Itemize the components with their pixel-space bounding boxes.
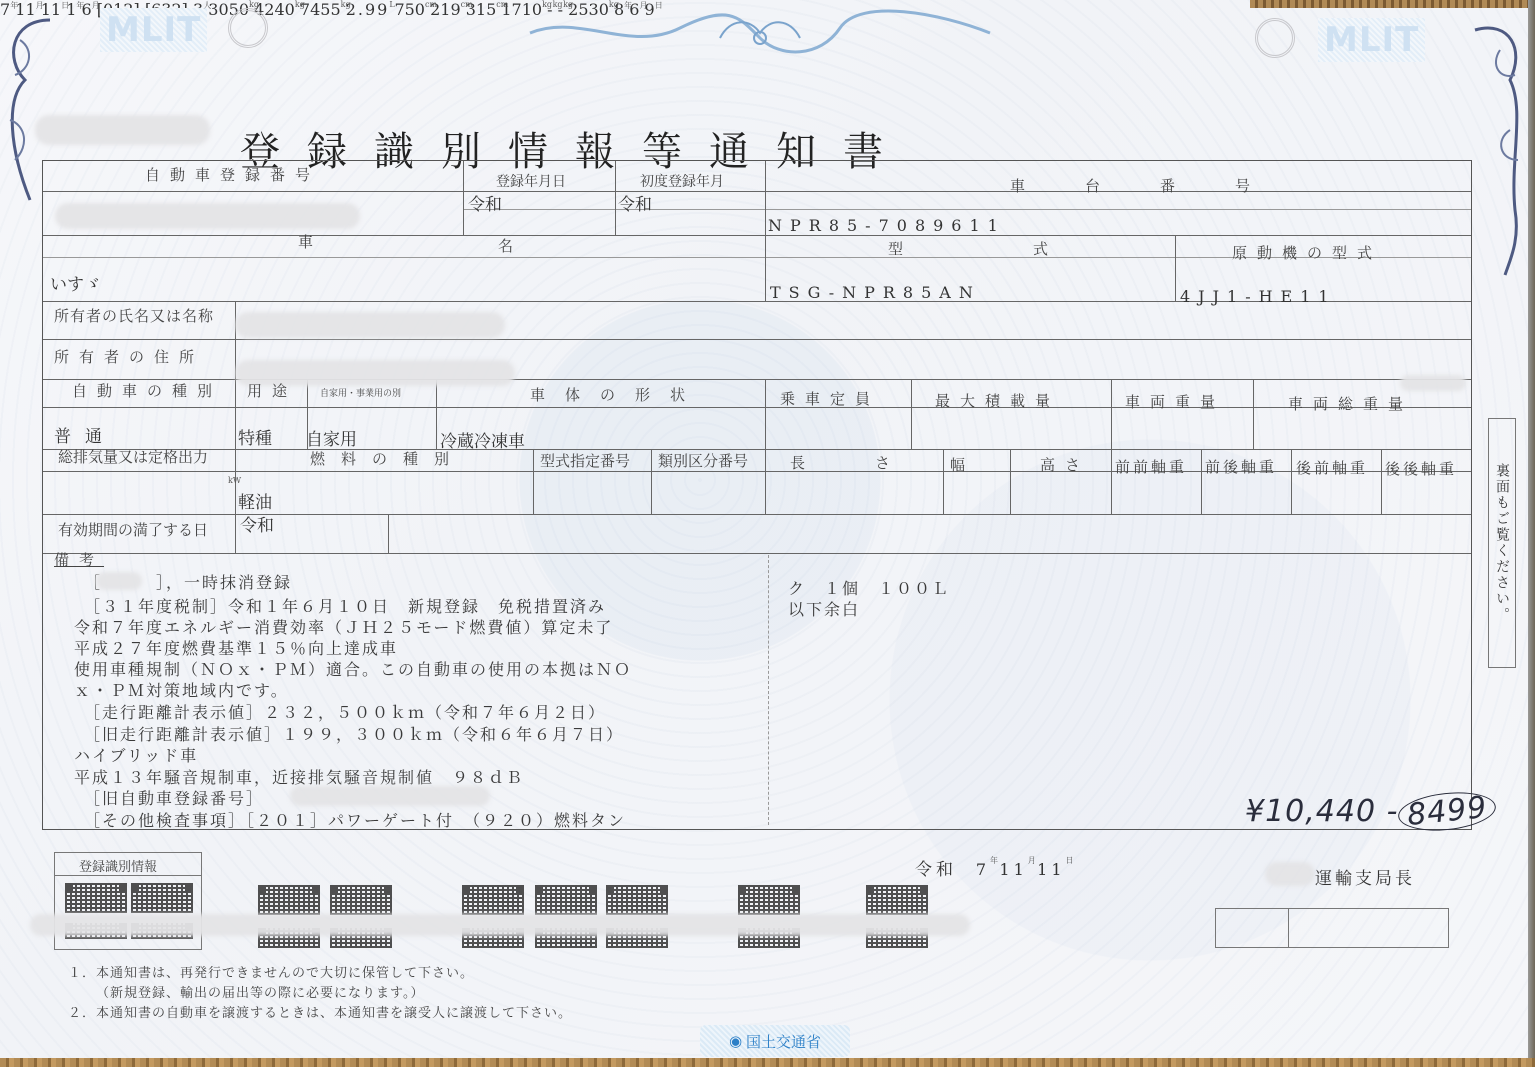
remarks-divider xyxy=(768,555,769,825)
remarks-label: 備考 xyxy=(54,549,104,570)
model: TSG-NPR85AN xyxy=(770,283,981,302)
fuel-type: 軽油 xyxy=(238,488,272,513)
qr-code-icon xyxy=(535,885,597,915)
engine-label: 原動機の型式 xyxy=(1232,242,1382,263)
mlit-logo: MLIT xyxy=(100,8,207,52)
issuer-title: 運輸支局長 xyxy=(1315,864,1415,889)
table-surface xyxy=(1250,0,1535,8)
mlit-logo: MLIT xyxy=(1318,18,1425,62)
chassis-number: NPR85-7089611 xyxy=(768,216,1006,235)
remark-line: 平成２７年度燃費基準１５％向上達成車 xyxy=(74,636,398,659)
table-surface xyxy=(1528,0,1535,1067)
remark-line: ［旧走行距離計表示値］１９９，３００ｋｍ（令和６年６月７日） xyxy=(84,722,624,745)
length: 750cm xyxy=(394,0,425,19)
remark-line: 平成１３年騒音規制車，近接排気騒音規制値 ９８ｄＢ xyxy=(74,765,524,788)
remark-line: 以下余白 xyxy=(788,597,860,620)
model-label: 型式 xyxy=(888,238,1178,259)
remark-line: ク １個 １００Ｌ xyxy=(788,576,950,599)
expiry-label: 有効期間の満了する日 xyxy=(58,519,208,540)
redacted-remark xyxy=(96,572,142,590)
reg-date-era: 令和 xyxy=(468,190,502,215)
scroll-ornament-icon xyxy=(520,8,1000,58)
redacted-small xyxy=(1400,375,1466,391)
engine-model: 4JJ1-HE11 xyxy=(1180,287,1337,306)
height-label: 高さ xyxy=(1040,454,1090,475)
gross-weight-label: 車両総重量 xyxy=(1288,393,1413,414)
remark-line: 使用車種規制（ＮＯｘ・ＰＭ）適合。この自動車の使用の本拠はＮＯ xyxy=(74,657,632,680)
gross-weight: 7455kg xyxy=(300,0,341,19)
vehicle-type: 普通 xyxy=(54,422,116,447)
remark-line: ［旧自動車登録番号］ xyxy=(84,786,264,809)
qr-code-icon xyxy=(462,885,524,915)
ministry-logo-icon: ◉ xyxy=(729,1032,742,1050)
displacement: 2.99L xyxy=(346,0,390,19)
use: 特種 xyxy=(238,424,272,449)
qr-code-icon xyxy=(258,885,320,915)
redacted-strip xyxy=(30,914,970,936)
ministry-badge: ◉ 国土交通省 xyxy=(700,1025,850,1057)
emblem-icon xyxy=(228,8,268,48)
use-label: 用途 xyxy=(247,380,297,401)
car-name: いすゞ xyxy=(50,270,101,295)
rf-axle-label: 後前軸重 xyxy=(1296,457,1368,478)
remark-line: 令和７年度エネルギー消費効率（ＪＨ２５モード燃費値）算定未了 xyxy=(74,615,613,638)
car-name-label-1: 車 xyxy=(298,231,315,252)
reg-date-label: 登録年月日 xyxy=(496,171,566,191)
qr-code-icon xyxy=(866,885,928,915)
document-paper: MLIT MLIT 登録識別情報等通知書 xyxy=(0,0,1530,1060)
registration-id-label: 登録識別情報 xyxy=(79,856,157,875)
length-label: 長さ xyxy=(790,452,960,473)
kw-unit: kW xyxy=(228,476,241,485)
remark-line: ｘ・ＰＭ対策地域内です。 xyxy=(74,678,289,701)
remark-line: ［３１年度税制］令和１年６月１０日 新規登録 免税措置済み xyxy=(84,594,606,617)
owner-name-label: 所有者の氏名又は名称 xyxy=(54,305,214,326)
reg-number-label: 自動車登録番号 xyxy=(145,164,320,185)
qr-code-icon xyxy=(131,883,193,913)
ministry-name: 国土交通省 xyxy=(746,1031,821,1052)
remark-line: ［走行距離計表示値］２３２，５００ｋｍ（令和７年６月２日） xyxy=(84,700,606,723)
see-reverse-note: 裏面もご覧ください。 xyxy=(1488,418,1516,668)
qr-code-icon xyxy=(738,885,800,915)
first-reg-label: 初度登録年月 xyxy=(640,171,724,191)
displacement-label: 総排気量又は定格出力 xyxy=(58,446,208,467)
qr-code-icon xyxy=(606,885,668,915)
redacted-reg-number xyxy=(55,203,360,229)
corner-ornament-icon xyxy=(1470,10,1530,280)
max-load-label: 最大積載量 xyxy=(935,390,1060,411)
redacted-owner-name xyxy=(235,312,505,338)
footer-note-1-sub: （新規登録、輸出の届出等の際に必要になります。） xyxy=(96,982,424,1001)
qr-code-icon xyxy=(330,885,392,915)
remark-line: ハイブリッド車 xyxy=(74,743,198,766)
remark-line: ［その他検査事項］［２０１］パワーゲート付 （９２０）燃料タン xyxy=(84,808,626,831)
type-designation-label: 型式指定番号 xyxy=(540,450,630,471)
capacity-label: 乗車定員 xyxy=(780,388,880,409)
table-surface xyxy=(0,1058,1535,1067)
emblem-icon xyxy=(1255,18,1295,58)
fuel-label: 燃料の種別 xyxy=(310,448,465,469)
issue-date: 令和 7年 11月 11日 xyxy=(915,855,1066,880)
footer-note-1: １．本通知書は、再発行できませんので大切に保管して下さい。 xyxy=(68,962,474,981)
rr-axle-label: 後後軸重 xyxy=(1385,458,1457,479)
qr-code-icon xyxy=(65,883,127,913)
handwritten-price: ¥10,440 -8499 xyxy=(1245,793,1497,830)
chassis-label: 車台番号 xyxy=(1010,175,1310,196)
private-label: 自家用・事業用の別 xyxy=(320,386,401,399)
first-reg-era: 令和 xyxy=(618,190,652,215)
vehicle-type-label: 自動車の種別 xyxy=(72,380,222,401)
fr-axle-label: 前後軸重 xyxy=(1205,456,1277,477)
ff-axle-label: 前前軸重 xyxy=(1115,456,1187,477)
weight-label: 車両重量 xyxy=(1125,391,1225,412)
stamp-box xyxy=(1215,908,1449,948)
redacted-bureau-name xyxy=(1265,862,1315,886)
redacted-old-reg-number xyxy=(290,786,490,806)
private-use: 自家用 xyxy=(306,425,357,450)
car-name-label-2: 名 xyxy=(498,235,515,256)
footer-note-2: ２．本通知書の自動車を譲渡するときは、本通知書を譲受人に譲渡して下さい。 xyxy=(68,1002,572,1021)
owner-address-label: 所有者の住所 xyxy=(54,346,204,367)
category-label: 類別区分番号 xyxy=(658,450,748,471)
body-label: 車体の形状 xyxy=(530,384,705,405)
redacted-area xyxy=(35,115,210,145)
width-label: 幅 xyxy=(950,454,967,475)
expiry-era: 令和 xyxy=(240,511,274,536)
